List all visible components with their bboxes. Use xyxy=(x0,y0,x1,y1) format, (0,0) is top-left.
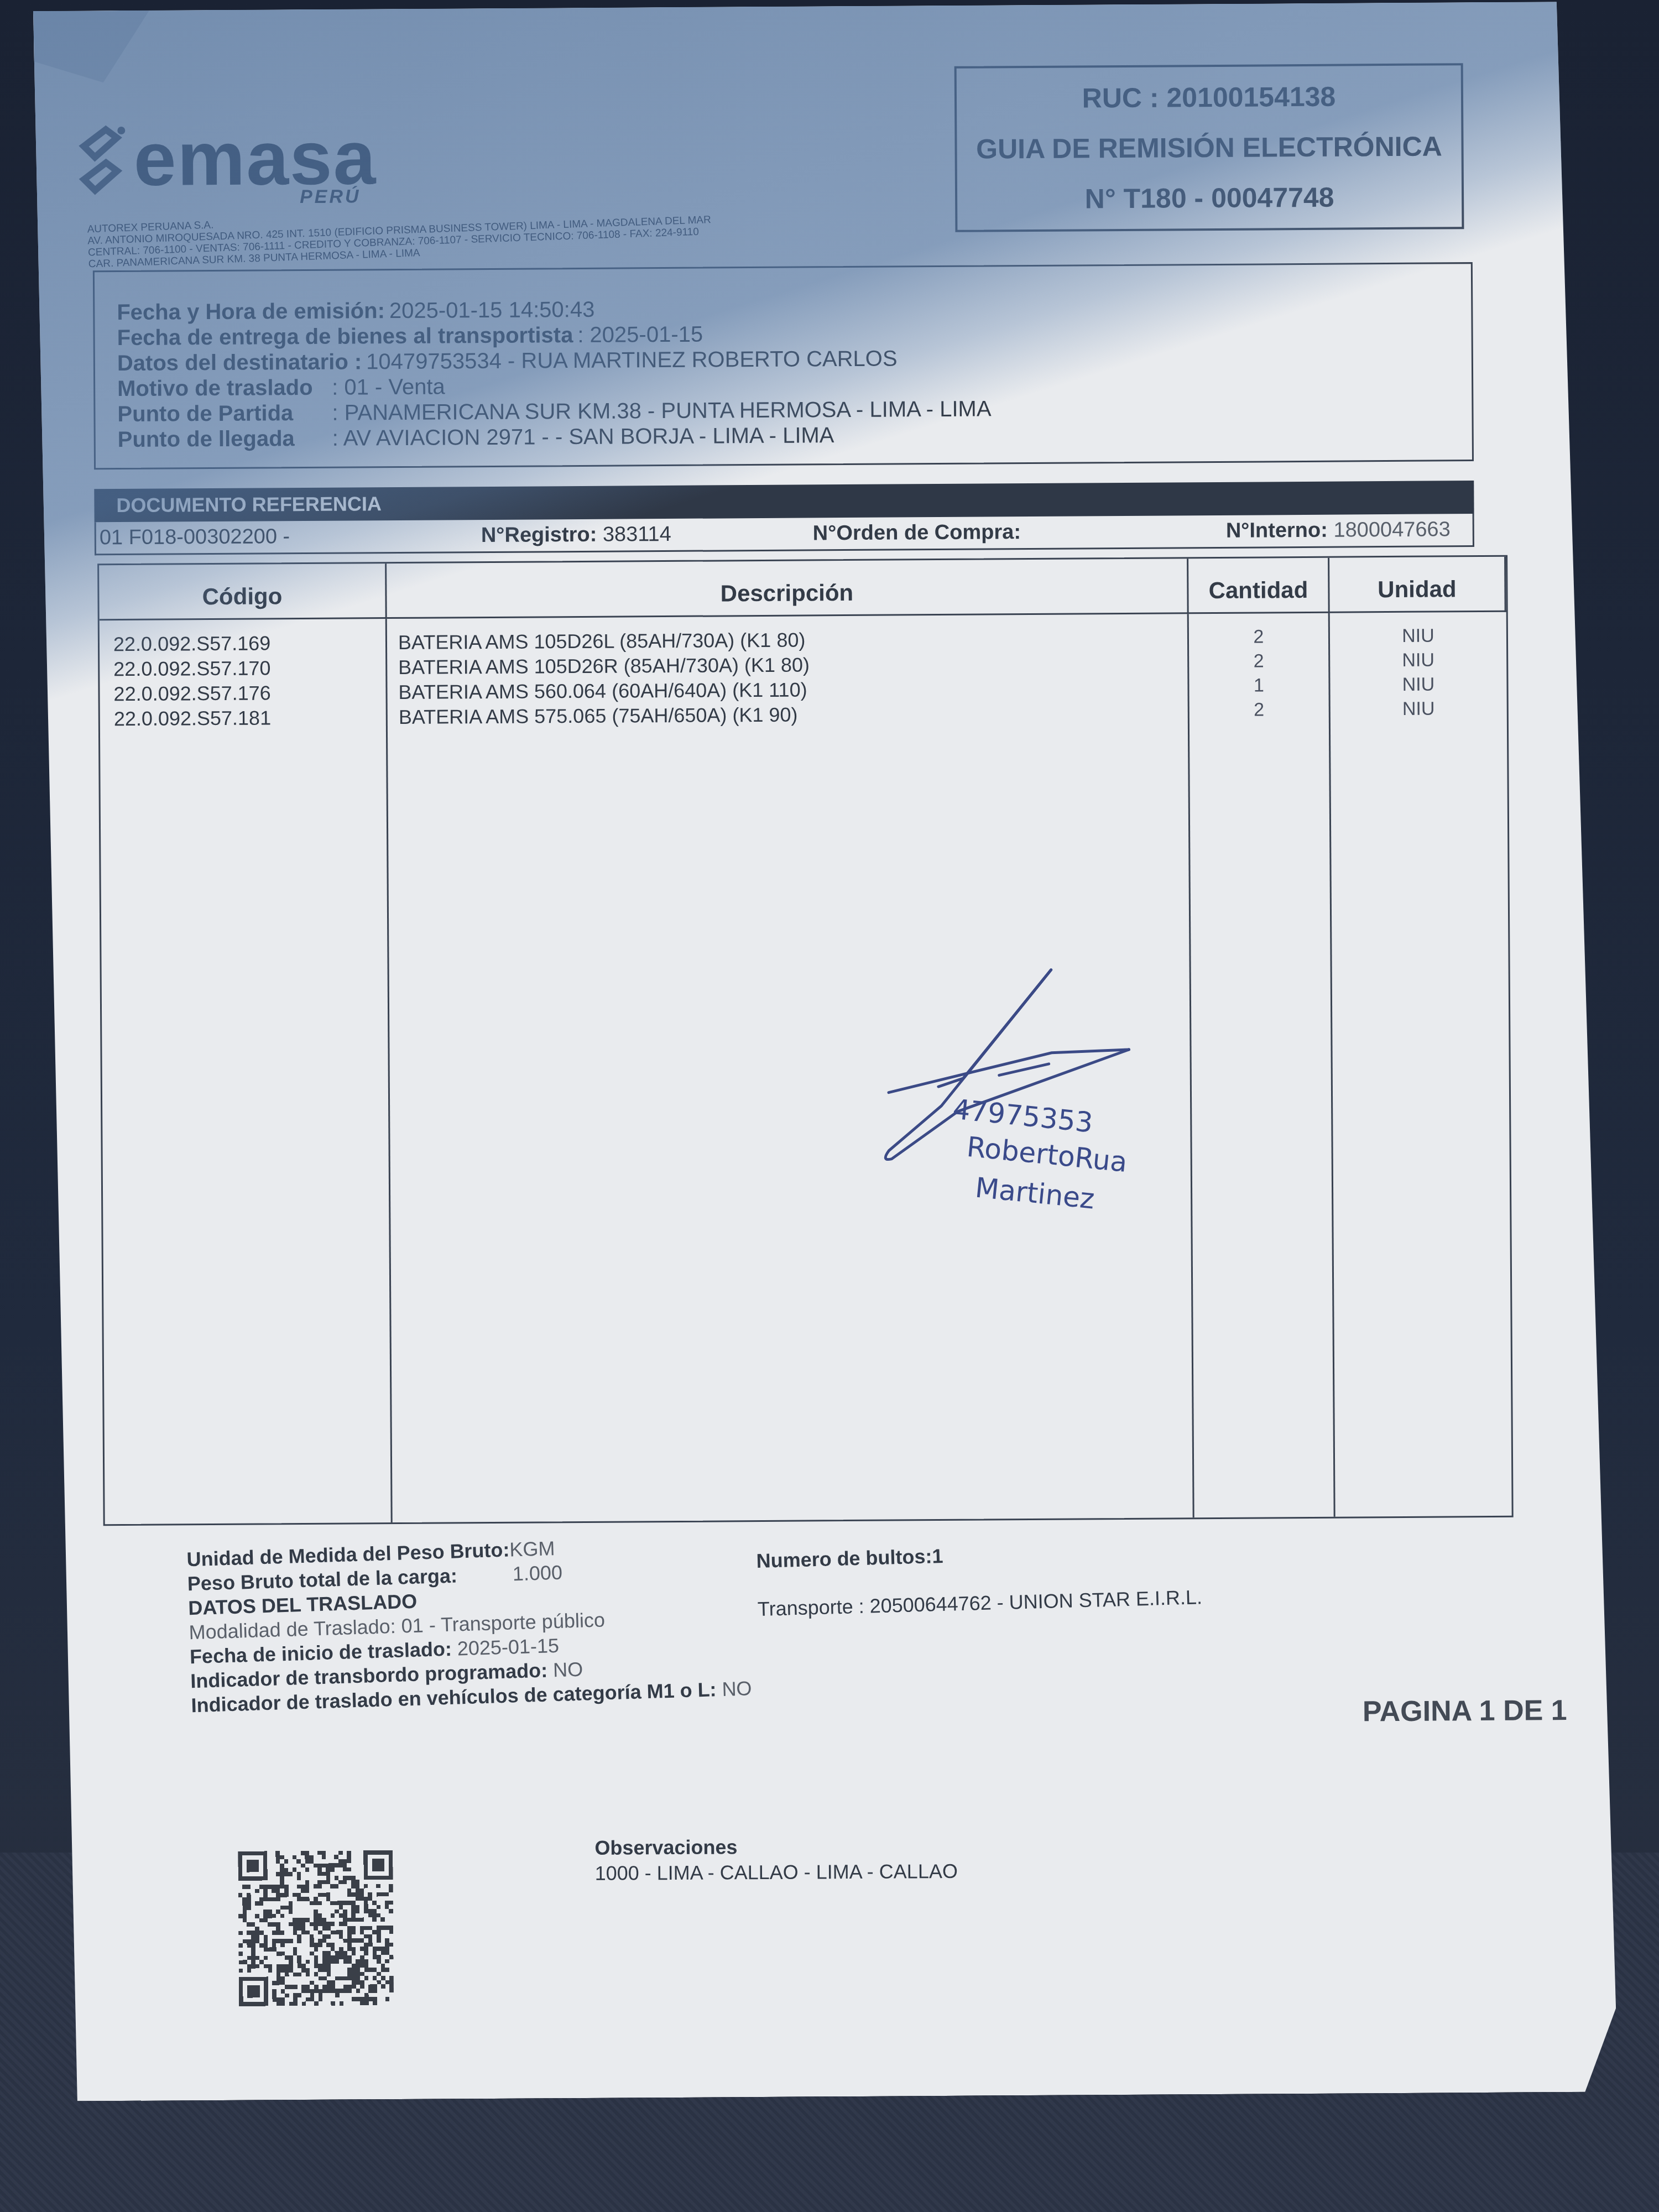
transfer-details-block: Unidad de Medida del Peso Bruto:KGM Peso… xyxy=(186,1530,752,1718)
transfer-reason-label: Motivo de traslado xyxy=(117,375,327,401)
column-header-unidad: Unidad xyxy=(1329,557,1506,613)
table-cell-codigo: 22.0.092.S57.176 xyxy=(113,680,385,706)
table-cell-cantidad: 2 xyxy=(1189,649,1328,674)
table-cell-unidad: NIU xyxy=(1330,623,1506,649)
table-cell-unidad: NIU xyxy=(1331,696,1507,722)
internal-number-field: N°Interno: 1800047663 xyxy=(1226,518,1451,542)
packages-value: 1 xyxy=(932,1545,943,1568)
reference-document-number: 01 F018-00302200 - xyxy=(100,524,481,550)
cantidad-column: 2 2 1 2 xyxy=(1189,613,1335,1518)
table-cell-unidad: NIU xyxy=(1330,648,1506,673)
registro-label: N°Registro: xyxy=(481,523,597,547)
registro-field: N°Registro: 383114 xyxy=(481,521,813,547)
emission-date-label: Fecha y Hora de emisión: xyxy=(117,298,385,325)
gross-weight-value: 1.000 xyxy=(512,1561,562,1585)
table-cell-descripcion: BATERIA AMS 575.065 (75AH/650A) (K1 90) xyxy=(399,700,1188,729)
recipient-value: 10479753534 - RUA MARTINEZ ROBERTO CARLO… xyxy=(366,346,898,374)
departure-point-value: : PANAMERICANA SUR KM.38 - PUNTA HERMOSA… xyxy=(332,396,991,425)
carrier-info: Transporte : 20500644762 - UNION STAR E.… xyxy=(757,1585,1202,1621)
table-cell-cantidad: 1 xyxy=(1189,673,1328,698)
internal-number-value: 1800047663 xyxy=(1333,518,1451,541)
table-cell-codigo: 22.0.092.S57.181 xyxy=(114,705,386,731)
document-number: N° T180 - 00047748 xyxy=(957,180,1462,216)
purchase-order-label: N°Orden de Compra: xyxy=(813,520,1021,545)
items-table: Código Descripción Cantidad Unidad 22.0.… xyxy=(97,555,1514,1526)
packages-row: Numero de bultos:1 xyxy=(756,1537,1201,1573)
column-header-cantidad: Cantidad xyxy=(1188,558,1330,614)
table-cell-cantidad: 2 xyxy=(1190,697,1329,723)
company-address-block: AUTOREX PERUANA S.A. AV. ANTONIO MIROQUE… xyxy=(87,202,712,270)
internal-number-label: N°Interno: xyxy=(1226,519,1328,542)
observations-title: Observaciones xyxy=(594,1833,958,1861)
emission-date-value: 2025-01-15 14:50:43 xyxy=(389,297,595,324)
registro-value: 383114 xyxy=(603,523,671,546)
gross-weight-unit-value: KGM xyxy=(509,1537,555,1561)
purchase-order-field: N°Orden de Compra: xyxy=(813,519,1200,545)
document-type: GUIA DE REMISIÓN ELECTRÓNICA xyxy=(957,130,1461,165)
package-transport-block: Numero de bultos:1 Transporte : 20500644… xyxy=(756,1537,1203,1621)
handwritten-signature: 47975353 RobertoRua Martinez xyxy=(868,944,1202,1234)
folded-corner xyxy=(33,11,150,83)
qr-code xyxy=(238,1848,394,2009)
column-header-descripcion: Descripción xyxy=(387,559,1189,619)
table-cell-cantidad: 2 xyxy=(1189,624,1328,650)
departure-point-label: Punto de Partida xyxy=(117,400,327,427)
arrival-point-value: : AV AVIACION 2971 - - SAN BORJA - LIMA … xyxy=(332,422,834,451)
table-cell-codigo: 22.0.092.S57.169 xyxy=(113,630,385,656)
ruc-number: RUC : 20100154138 xyxy=(957,80,1461,116)
transfer-reason-value: : 01 - Venta xyxy=(332,374,445,400)
unidad-column: NIU NIU NIU NIU xyxy=(1330,612,1512,1517)
arrival-point-label: Punto de llegada xyxy=(118,426,328,452)
column-header-codigo: Código xyxy=(99,564,387,620)
recipient-label: Datos del destinatario : xyxy=(117,349,362,376)
ruc-box: RUC : 20100154138 GUIA DE REMISIÓN ELECT… xyxy=(954,63,1464,232)
shipment-info-box: Fecha y Hora de emisión: 2025-01-15 14:5… xyxy=(93,262,1474,469)
observations-value: 1000 - LIMA - CALLAO - LIMA - CALLAO xyxy=(594,1859,958,1886)
delivery-date-value: : 2025-01-15 xyxy=(577,322,703,348)
remission-guide-document: emasa PERÚ AUTOREX PERUANA S.A. AV. ANTO… xyxy=(33,2,1616,2101)
table-cell-codigo: 22.0.092.S57.170 xyxy=(113,655,385,681)
m1-vehicle-value: NO xyxy=(722,1677,752,1700)
delivery-date-label: Fecha de entrega de bienes al transporti… xyxy=(117,322,573,351)
codigo-column: 22.0.092.S57.169 22.0.092.S57.170 22.0.0… xyxy=(100,619,393,1524)
packages-label: Numero de bultos: xyxy=(756,1545,932,1572)
table-cell-unidad: NIU xyxy=(1330,672,1506,697)
transshipment-value: NO xyxy=(552,1658,583,1682)
observations-block: Observaciones 1000 - LIMA - CALLAO - LIM… xyxy=(594,1833,958,1886)
page-indicator: PAGINA 1 DE 1 xyxy=(1363,1694,1567,1728)
brand-country: PERÚ xyxy=(300,186,361,208)
transfer-start-value: 2025-01-15 xyxy=(457,1634,559,1660)
emasa-logo-mark-icon xyxy=(72,123,128,196)
